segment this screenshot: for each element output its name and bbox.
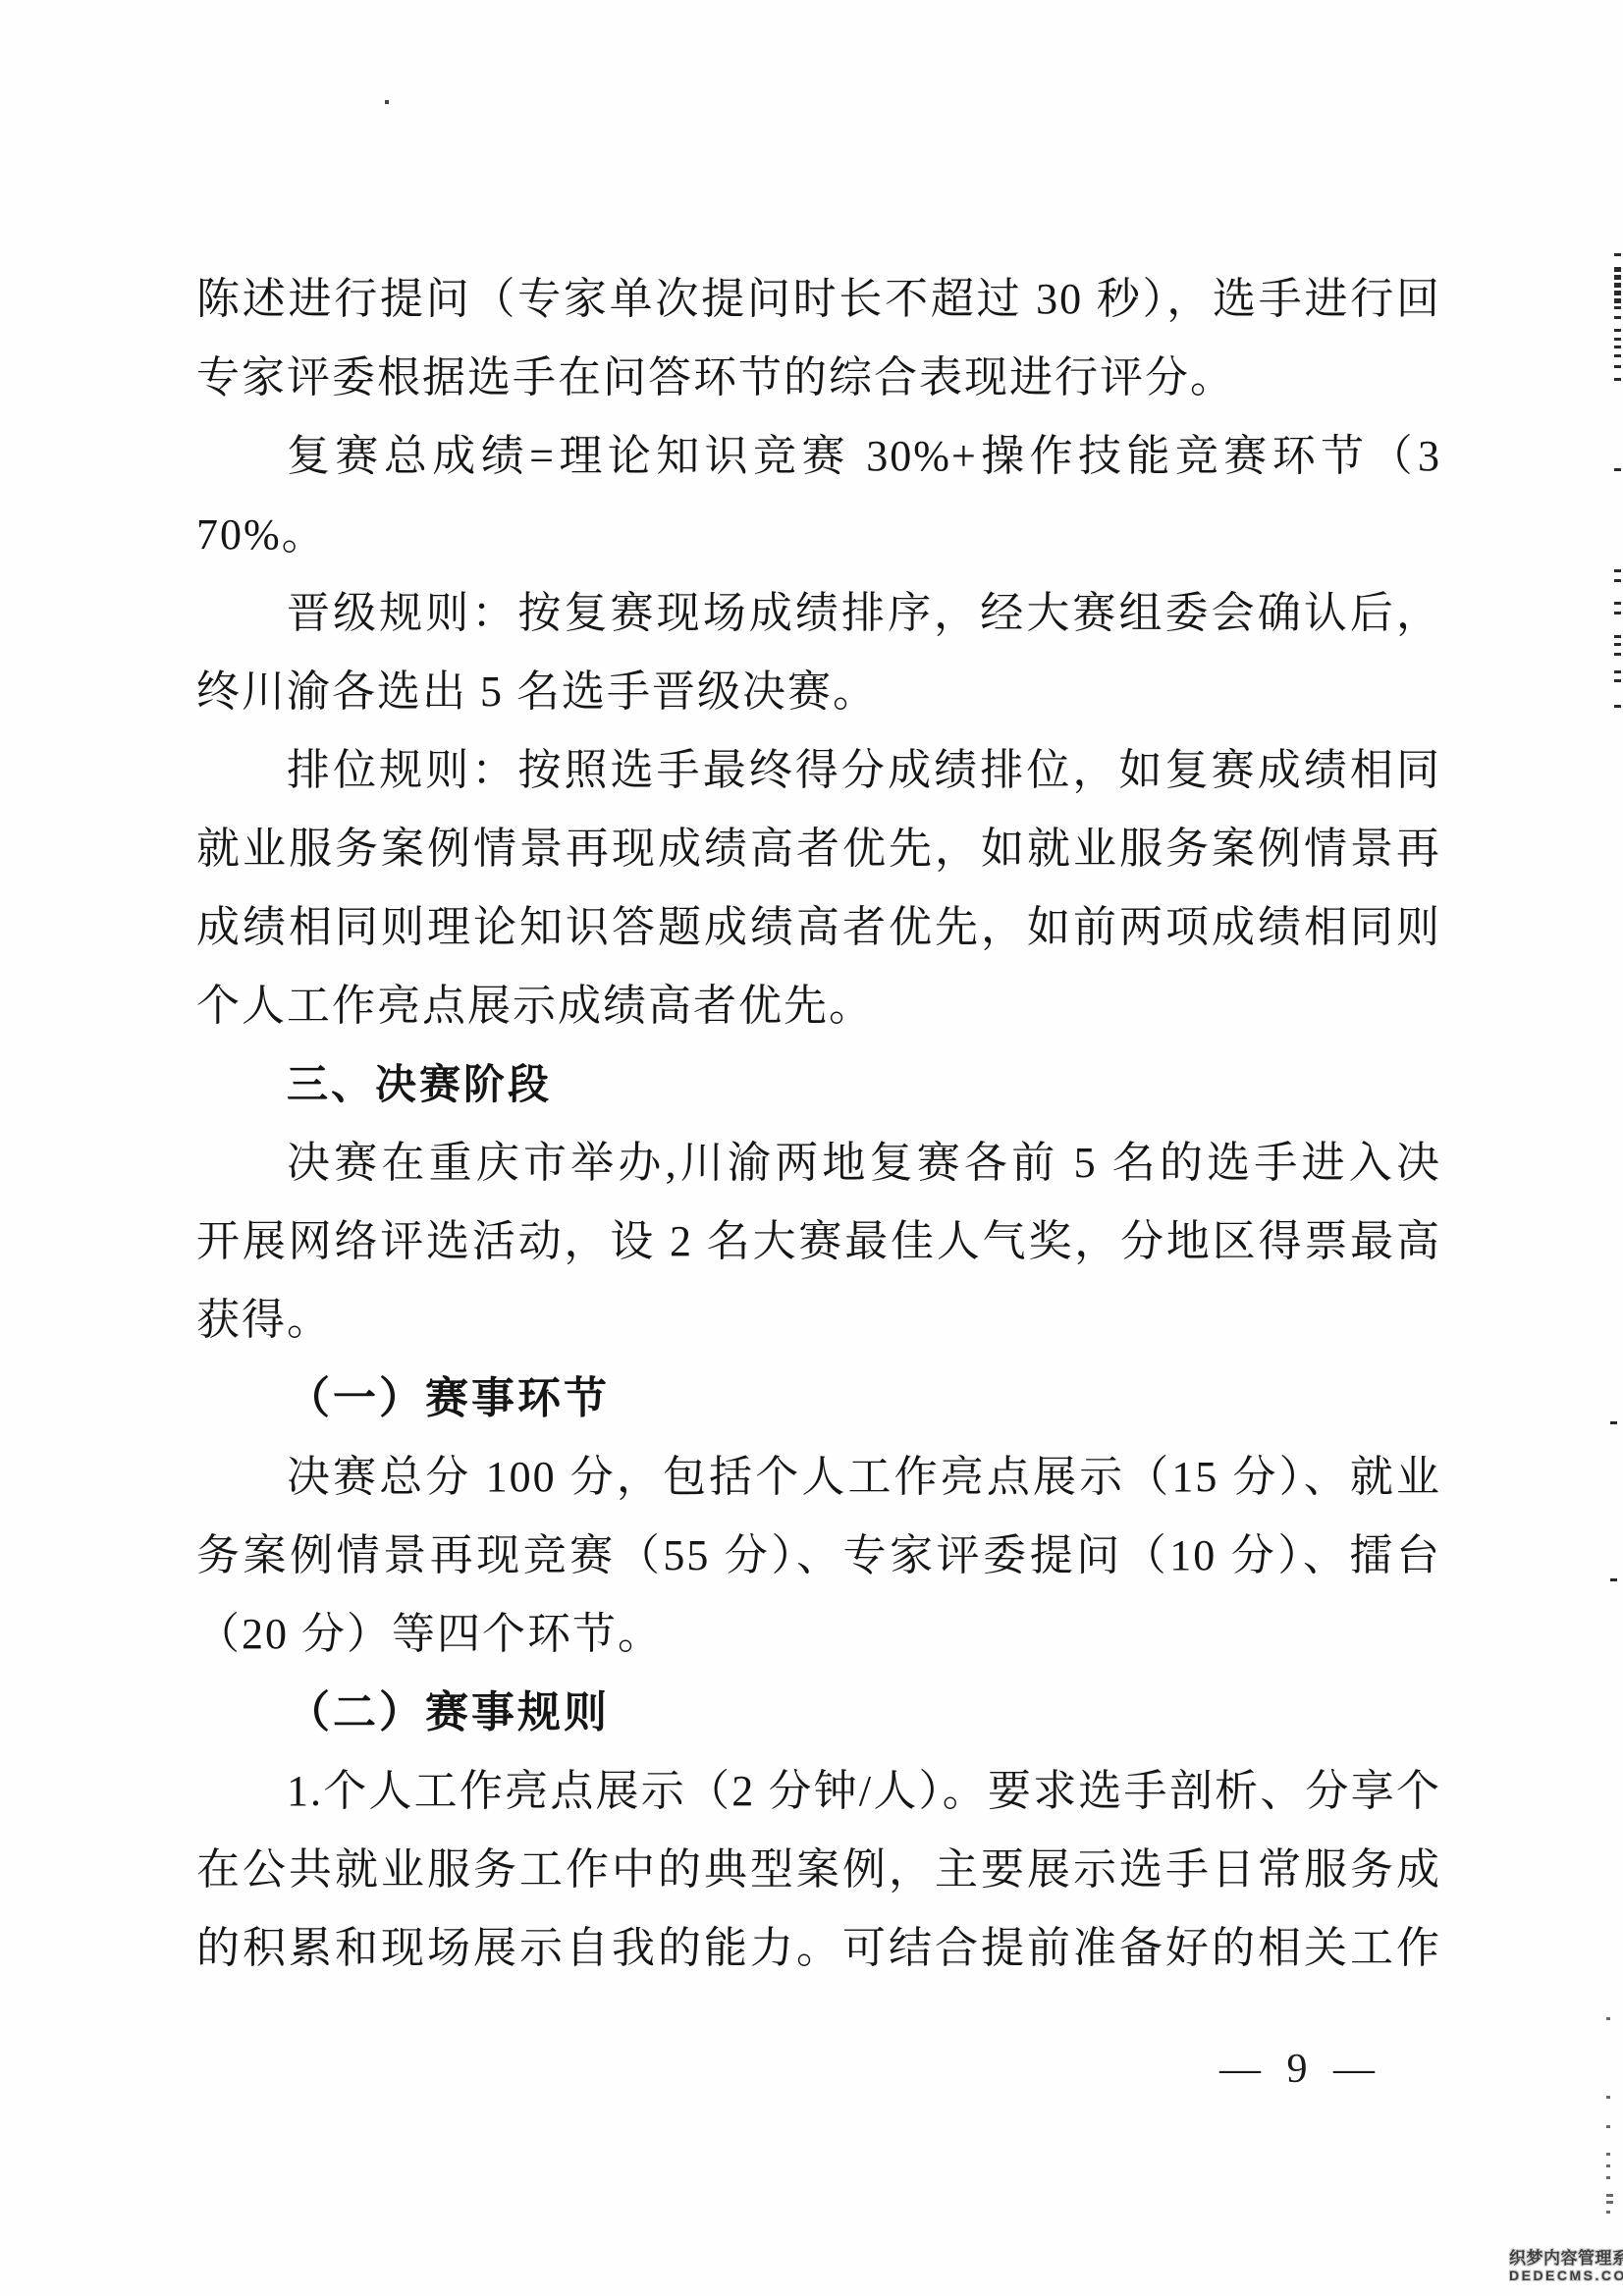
scan-artifact bbox=[1614, 316, 1621, 319]
body-line: 陈述进行提问（专家单次提问时长不超过 30 秒），选手进行回答。 bbox=[196, 260, 1441, 339]
scan-artifact bbox=[1614, 653, 1621, 656]
scan-artifact bbox=[1614, 579, 1621, 582]
body-line: 获得。 bbox=[196, 1281, 1441, 1360]
scan-artifact bbox=[1614, 253, 1621, 256]
body-line: 晋级规则：按复赛现场成绩排序，经大赛组委会确认后，最 bbox=[196, 574, 1441, 653]
body-line: 专家评委根据选手在问答环节的综合表现进行评分。 bbox=[196, 339, 1441, 417]
body-line: 决赛总分 100 分，包括个人工作亮点展示（15 分）、就业服 bbox=[196, 1438, 1441, 1517]
section-heading-final-stage: 三、决赛阶段 bbox=[196, 1045, 1441, 1124]
document-page: 陈述进行提问（专家单次提问时长不超过 30 秒），选手进行回答。 专家评委根据选… bbox=[0, 0, 1623, 2296]
scan-artifact bbox=[1606, 2164, 1610, 2167]
scan-artifact bbox=[1606, 2211, 1610, 2214]
scan-artifact bbox=[1614, 612, 1621, 614]
scan-artifact bbox=[1614, 365, 1621, 368]
scan-artifact bbox=[1606, 2017, 1610, 2020]
body-line: 终川渝各选出 5 名选手晋级决赛。 bbox=[196, 653, 1441, 731]
scan-artifact bbox=[1610, 1578, 1617, 1581]
scan-artifact bbox=[1614, 329, 1621, 332]
scan-artifact bbox=[1606, 2194, 1613, 2197]
body-line: 排位规则：按照选手最终得分成绩排位，如复赛成绩相同时， bbox=[196, 731, 1441, 810]
scan-artifact bbox=[1606, 2201, 1613, 2204]
scan-artifact bbox=[1606, 2096, 1610, 2099]
scan-artifact bbox=[1610, 1421, 1617, 1424]
scan-artifact bbox=[1614, 354, 1621, 357]
subsection-heading-event-segments: （一）赛事环节 bbox=[196, 1360, 1441, 1438]
scan-artifact bbox=[1606, 2176, 1610, 2179]
scan-artifact bbox=[1614, 267, 1621, 272]
body-line: 的积累和现场展示自我的能力。可结合提前准备好的相关工作图 bbox=[196, 1909, 1441, 1988]
scan-artifact bbox=[1614, 283, 1621, 288]
scan-artifact bbox=[1614, 338, 1621, 341]
scan-artifact bbox=[1614, 643, 1621, 646]
body-line: 务案例情景再现竞赛（55 分）、专家评委提问（10 分）、擂台赛 bbox=[196, 1517, 1441, 1595]
watermark-text-cn: 织梦内容管理系统 bbox=[1509, 2250, 1623, 2267]
scan-artifact bbox=[1614, 275, 1621, 280]
scan-artifact bbox=[1614, 705, 1621, 708]
body-line: 成绩相同则理论知识答题成绩高者优先，如前两项成绩相同则以 bbox=[196, 888, 1441, 967]
body-line: 1.个人工作亮点展示（2 分钟/人）。要求选手剖析、分享个人 bbox=[196, 1752, 1441, 1831]
scan-artifact bbox=[1614, 291, 1621, 295]
body-line: 就业服务案例情景再现成绩高者优先，如就业服务案例情景再现 bbox=[196, 810, 1441, 888]
scan-artifact bbox=[1606, 2125, 1610, 2128]
scan-artifact bbox=[1614, 306, 1621, 309]
body-line: 个人工作亮点展示成绩高者优先。 bbox=[196, 967, 1441, 1045]
body-line: 复赛总成绩=理论知识竞赛 30%+操作技能竞赛环节（3 项） bbox=[196, 417, 1441, 496]
scan-artifact bbox=[1614, 602, 1621, 605]
scan-artifact bbox=[1614, 346, 1621, 348]
watermark-text-en: DEDECMS.COM bbox=[1509, 2269, 1623, 2282]
scan-artifact bbox=[1614, 298, 1621, 303]
scan-artifact bbox=[1614, 468, 1621, 471]
scan-artifact bbox=[385, 100, 389, 104]
page-number: — 9 — bbox=[1219, 2034, 1386, 2105]
scan-artifact bbox=[1614, 670, 1621, 673]
body-line: 70%。 bbox=[196, 496, 1441, 574]
scan-artifact bbox=[1614, 635, 1621, 638]
scan-artifact bbox=[1606, 2153, 1610, 2156]
body-line: 在公共就业服务工作中的典型案例，主要展示选手日常服务成果 bbox=[196, 1831, 1441, 1909]
cms-watermark: 织梦内容管理系统 DEDECMS.COM bbox=[1509, 2250, 1623, 2282]
scan-artifact bbox=[1614, 378, 1621, 381]
body-line: 开展网络评选活动，设 2 名大赛最佳人气奖，分地区得票最高者 bbox=[196, 1202, 1441, 1281]
body-line: 决赛在重庆市举办,川渝两地复赛各前 5 名的选手进入决赛。 bbox=[196, 1124, 1441, 1202]
body-line: （20 分）等四个环节。 bbox=[196, 1595, 1441, 1674]
subsection-heading-event-rules: （二）赛事规则 bbox=[196, 1674, 1441, 1752]
scan-artifact bbox=[1614, 679, 1621, 682]
scan-artifact bbox=[1614, 569, 1621, 572]
document-body: 陈述进行提问（专家单次提问时长不超过 30 秒），选手进行回答。 专家评委根据选… bbox=[196, 260, 1441, 1988]
